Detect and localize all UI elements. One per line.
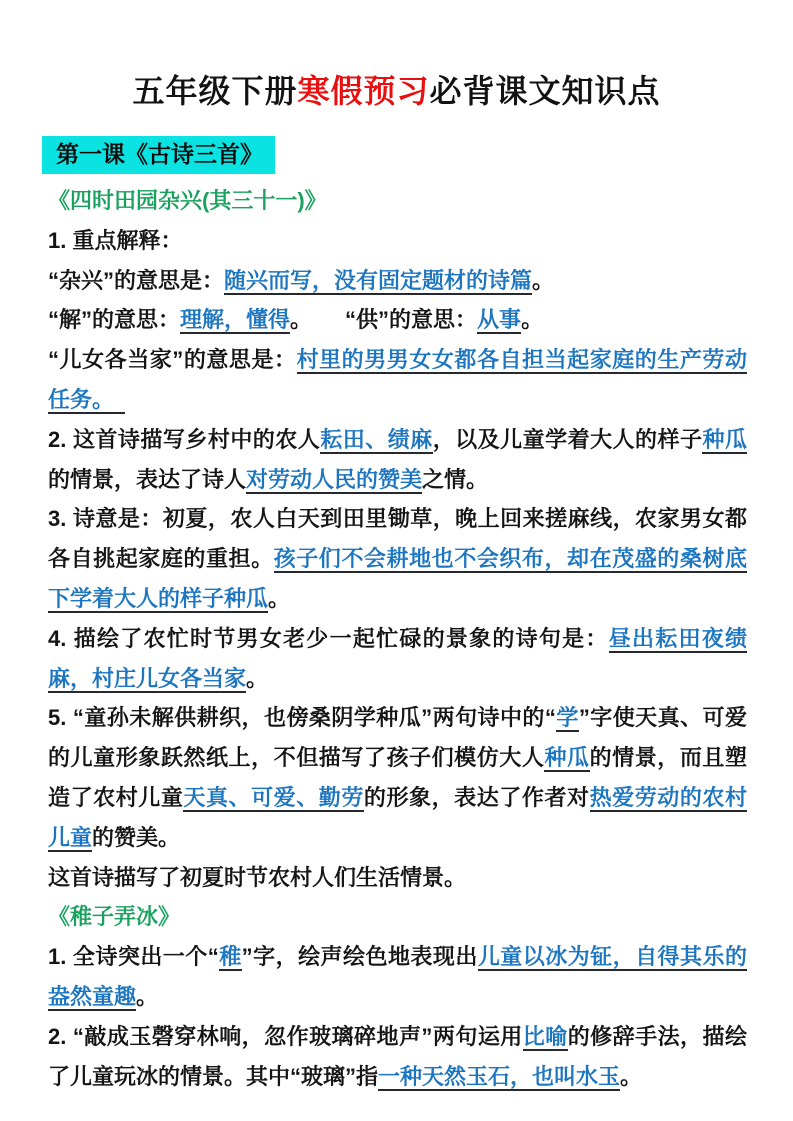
text-run: 。 xyxy=(532,268,554,293)
text-run: ，以及儿童学着大人的样子 xyxy=(433,427,703,452)
paragraph: 4. 描绘了农忙时节男女老少一起忙碌的景象的诗句是：昼出耘田夜绩麻，村庄儿女各当… xyxy=(48,619,747,699)
title-text-trailing: 必背课文知识点 xyxy=(430,73,661,109)
text-run: 之情。 xyxy=(422,467,488,492)
text-run: 1. 全诗突出一个“ xyxy=(48,944,219,969)
page-title: 五年级下册寒假预习必背课文知识点 xyxy=(0,0,793,112)
text-run: 。 xyxy=(268,586,290,611)
answer-text: 理解，懂得 xyxy=(180,307,290,334)
text-run: 这首诗描写了初夏时节农村人们生活情景。 xyxy=(48,865,466,890)
document-page: 五年级下册寒假预习必背课文知识点 第一课《古诗三首》 《四时田园杂兴(其三十一)… xyxy=(0,0,793,1121)
text-run: 。 xyxy=(521,307,543,332)
text-run: “杂兴”的意思是： xyxy=(48,268,224,293)
answer-text: 学 xyxy=(556,705,579,732)
lesson-header-highlight: 第一课《古诗三首》 xyxy=(42,136,275,174)
poem-title: 《四时田园杂兴(其三十一)》 xyxy=(48,188,327,213)
text-run: “解”的意思： xyxy=(48,307,180,332)
text-run: 的形象，表达了作者对 xyxy=(364,785,590,810)
paragraph: “解”的意思：理解，懂得。 “供”的意思：从事。 xyxy=(48,300,747,340)
answer-text: 天真、可爱、勤劳 xyxy=(183,785,364,812)
answer-text: 种瓜 xyxy=(702,427,746,454)
answer-text: 对劳动人民的赞美 xyxy=(246,467,422,494)
text-run: 4. 描绘了农忙时节男女老少一起忙碌的景象的诗句是： xyxy=(48,626,609,651)
text-run: 。 xyxy=(136,984,158,1009)
paragraph: 1. 重点解释： xyxy=(48,221,747,261)
paragraph: 1. 全诗突出一个“稚”字，绘声绘色地表现出儿童以冰为钲，自得其乐的盎然童趣。 xyxy=(48,937,747,1017)
answer-text: 从事 xyxy=(477,307,521,334)
answer-text: 种瓜 xyxy=(544,745,589,772)
answer-text: 随兴而写，没有固定题材的诗篇 xyxy=(224,268,532,295)
text-run: 5. “童孙未解供耕织，也傍桑阴学种瓜”两句诗中的“ xyxy=(48,705,556,730)
text-run: 的情景，表达了诗人 xyxy=(48,467,246,492)
poem-title: 《稚子弄冰》 xyxy=(48,904,180,929)
text-run: ”字，绘声绘色地表现出 xyxy=(242,944,478,969)
paragraph: “杂兴”的意思是：随兴而写，没有固定题材的诗篇。 xyxy=(48,261,747,301)
section-header-row: 第一课《古诗三首》 xyxy=(42,136,793,174)
answer-text: 耘田、绩麻 xyxy=(320,427,432,454)
paragraph: “儿女各当家”的意思是：村里的男男女女都各自担当起家庭的生产劳动任务。 xyxy=(48,340,747,420)
answer-text: 比喻 xyxy=(523,1024,568,1051)
paragraph: 2. 这首诗描写乡村中的农人耘田、绩麻，以及儿童学着大人的样子种瓜的情景，表达了… xyxy=(48,420,747,500)
text-run: 。 xyxy=(620,1064,642,1089)
answer-text: 一种天然玉石，也叫水玉 xyxy=(378,1064,620,1091)
paragraph: 3. 诗意是：初夏，农人白天到田里锄草，晚上回来搓麻线，农家男女都各自挑起家庭的… xyxy=(48,499,747,618)
text-run: “儿女各当家”的意思是： xyxy=(48,347,297,372)
title-text-leading: 五年级下册 xyxy=(132,73,297,109)
text-run: 。 xyxy=(246,666,268,691)
paragraph: 2. “敲成玉磬穿林响，忽作玻璃碎地声”两句运用比喻的修辞手法，描绘了儿童玩冰的… xyxy=(48,1017,747,1097)
text-run: 。 “供”的意思： xyxy=(290,307,477,332)
paragraph: 《稚子弄冰》 xyxy=(48,897,747,937)
answer-text: 稚 xyxy=(219,944,242,971)
text-run: 的赞美。 xyxy=(92,825,180,850)
paragraph: 5. “童孙未解供耕织，也傍桑阴学种瓜”两句诗中的“学”字使天真、可爱的儿童形象… xyxy=(48,698,747,857)
text-run: 2. “敲成玉磬穿林响，忽作玻璃碎地声”两句运用 xyxy=(48,1024,523,1049)
document-body: 《四时田园杂兴(其三十一)》1. 重点解释：“杂兴”的意思是：随兴而写，没有固定… xyxy=(48,181,747,1096)
text-run: 1. 重点解释： xyxy=(48,228,182,253)
paragraph: 这首诗描写了初夏时节农村人们生活情景。 xyxy=(48,858,747,898)
title-text-accent: 寒假预习 xyxy=(297,73,429,109)
text-run: 2. 这首诗描写乡村中的农人 xyxy=(48,427,320,452)
paragraph: 《四时田园杂兴(其三十一)》 xyxy=(48,181,747,221)
